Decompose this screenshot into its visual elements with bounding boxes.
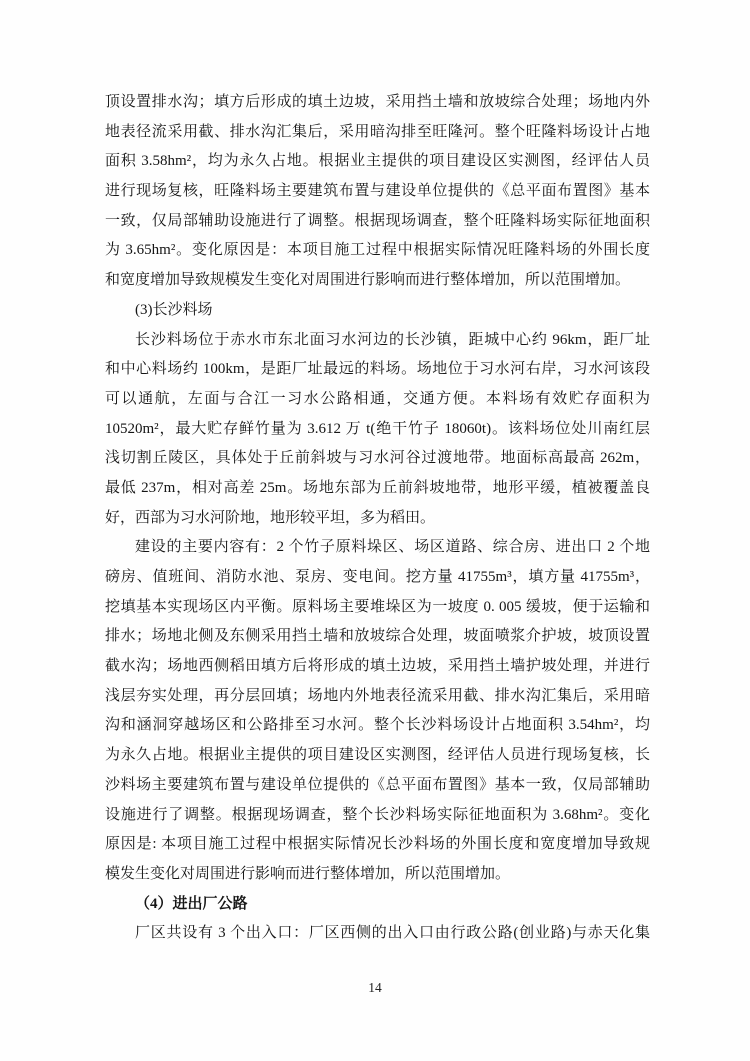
text-line: 为 3.65hm²。变化原因是：本项目施工过程中根据实际情况旺隆料场的外围长度 [105,236,650,266]
section-heading-roads: （4）进出厂公路 [105,890,650,920]
document-page: 顶设置排水沟；填方后形成的填土边坡，采用挡土墙和放坡综合处理；场地内外 地表径流… [0,0,750,1061]
text-line: 设施进行了调整。根据现场调查，整个长沙料场实际征地面积为 3.68hm²。变化 [105,801,650,831]
page-number: 14 [0,980,750,996]
text-line: 沟和涵洞穿越场区和公路排至习水河。整个长沙料场设计占地面积 3.54hm²，均 [105,711,650,741]
text-line: 一致，仅局部辅助设施进行了调整。根据现场调查，整个旺隆料场实际征地面积 [105,207,650,237]
text-block: 顶设置排水沟；填方后形成的填土边坡，采用挡土墙和放坡综合处理；场地内外 地表径流… [105,88,650,949]
text-line: 挖填基本实现场区内平衡。原料场主要堆垛区为一坡度 0. 005 缓坡，便于运输和 [105,593,650,623]
text-line: 截水沟；场地西侧稻田填方后将形成的填土边坡，采用挡土墙护坡处理，并进行 [105,652,650,682]
text-line: 沙料场主要建筑布置与建设单位提供的《总平面布置图》基本一致，仅局部辅助 [105,771,650,801]
text-line: 面积 3.58hm²，均为永久占地。根据业主提供的项目建设区实测图，经评估人员 [105,147,650,177]
text-line: 排水；场地北侧及东侧采用挡土墙和放坡综合处理，坡面喷浆介护坡，坡顶设置 [105,622,650,652]
text-line: 10520m²，最大贮存鲜竹量为 3.612 万 t(绝干竹子 18060t)。… [105,415,650,445]
text-line: 可以通航，左面与合江一习水公路相通，交通方便。本料场有效贮存面积为 [105,385,650,415]
text-line: 和宽度增加导致规模发生变化对周围进行影响而进行整体增加，所以范围增加。 [105,266,650,296]
text-line: 磅房、值班间、消防水池、泵房、变电间。挖方量 41755m³，填方量 41755… [105,563,650,593]
text-line: 建设的主要内容有：2 个竹子原料垛区、场区道路、综合房、进出口 2 个地 [105,533,650,563]
text-line: 长沙料场位于赤水市东北面习水河边的长沙镇，距城中心约 96km，距厂址 [105,326,650,356]
text-line: 厂区共设有 3 个出入口：厂区西侧的出入口由行政公路(创业路)与赤天化集 [105,919,650,949]
text-line: 顶设置排水沟；填方后形成的填土边坡，采用挡土墙和放坡综合处理；场地内外 [105,88,650,118]
text-line: 进行现场复核，旺隆料场主要建筑布置与建设单位提供的《总平面布置图》基本 [105,177,650,207]
text-line: 最低 237m，相对高差 25m。场地东部为丘前斜坡地带，地形平缓，植被覆盖良 [105,474,650,504]
section-heading-changsha: (3)长沙料场 [105,296,650,326]
text-line: 地表径流采用截、排水沟汇集后，采用暗沟排至旺隆河。整个旺隆料场设计占地 [105,118,650,148]
text-line: 为永久占地。根据业主提供的项目建设区实测图，经评估人员进行现场复核，长 [105,741,650,771]
text-line: 和中心料场约 100km，是距厂址最远的料场。场地位于习水河右岸，习水河该段 [105,355,650,385]
text-line: 模发生变化对周围进行影响而进行整体增加，所以范围增加。 [105,860,650,890]
text-line: 浅切割丘陵区，具体处于丘前斜坡与习水河谷过渡地带。地面标高最高 262m， [105,444,650,474]
text-line: 浅层夯实处理，再分层回填；场地内外地表径流采用截、排水沟汇集后，采用暗 [105,682,650,712]
text-line: 原因是: 本项目施工过程中根据实际情况长沙料场的外围长度和宽度增加导致规 [105,830,650,860]
text-line: 好，西部为习水河阶地，地形较平坦，多为稻田。 [105,504,650,534]
